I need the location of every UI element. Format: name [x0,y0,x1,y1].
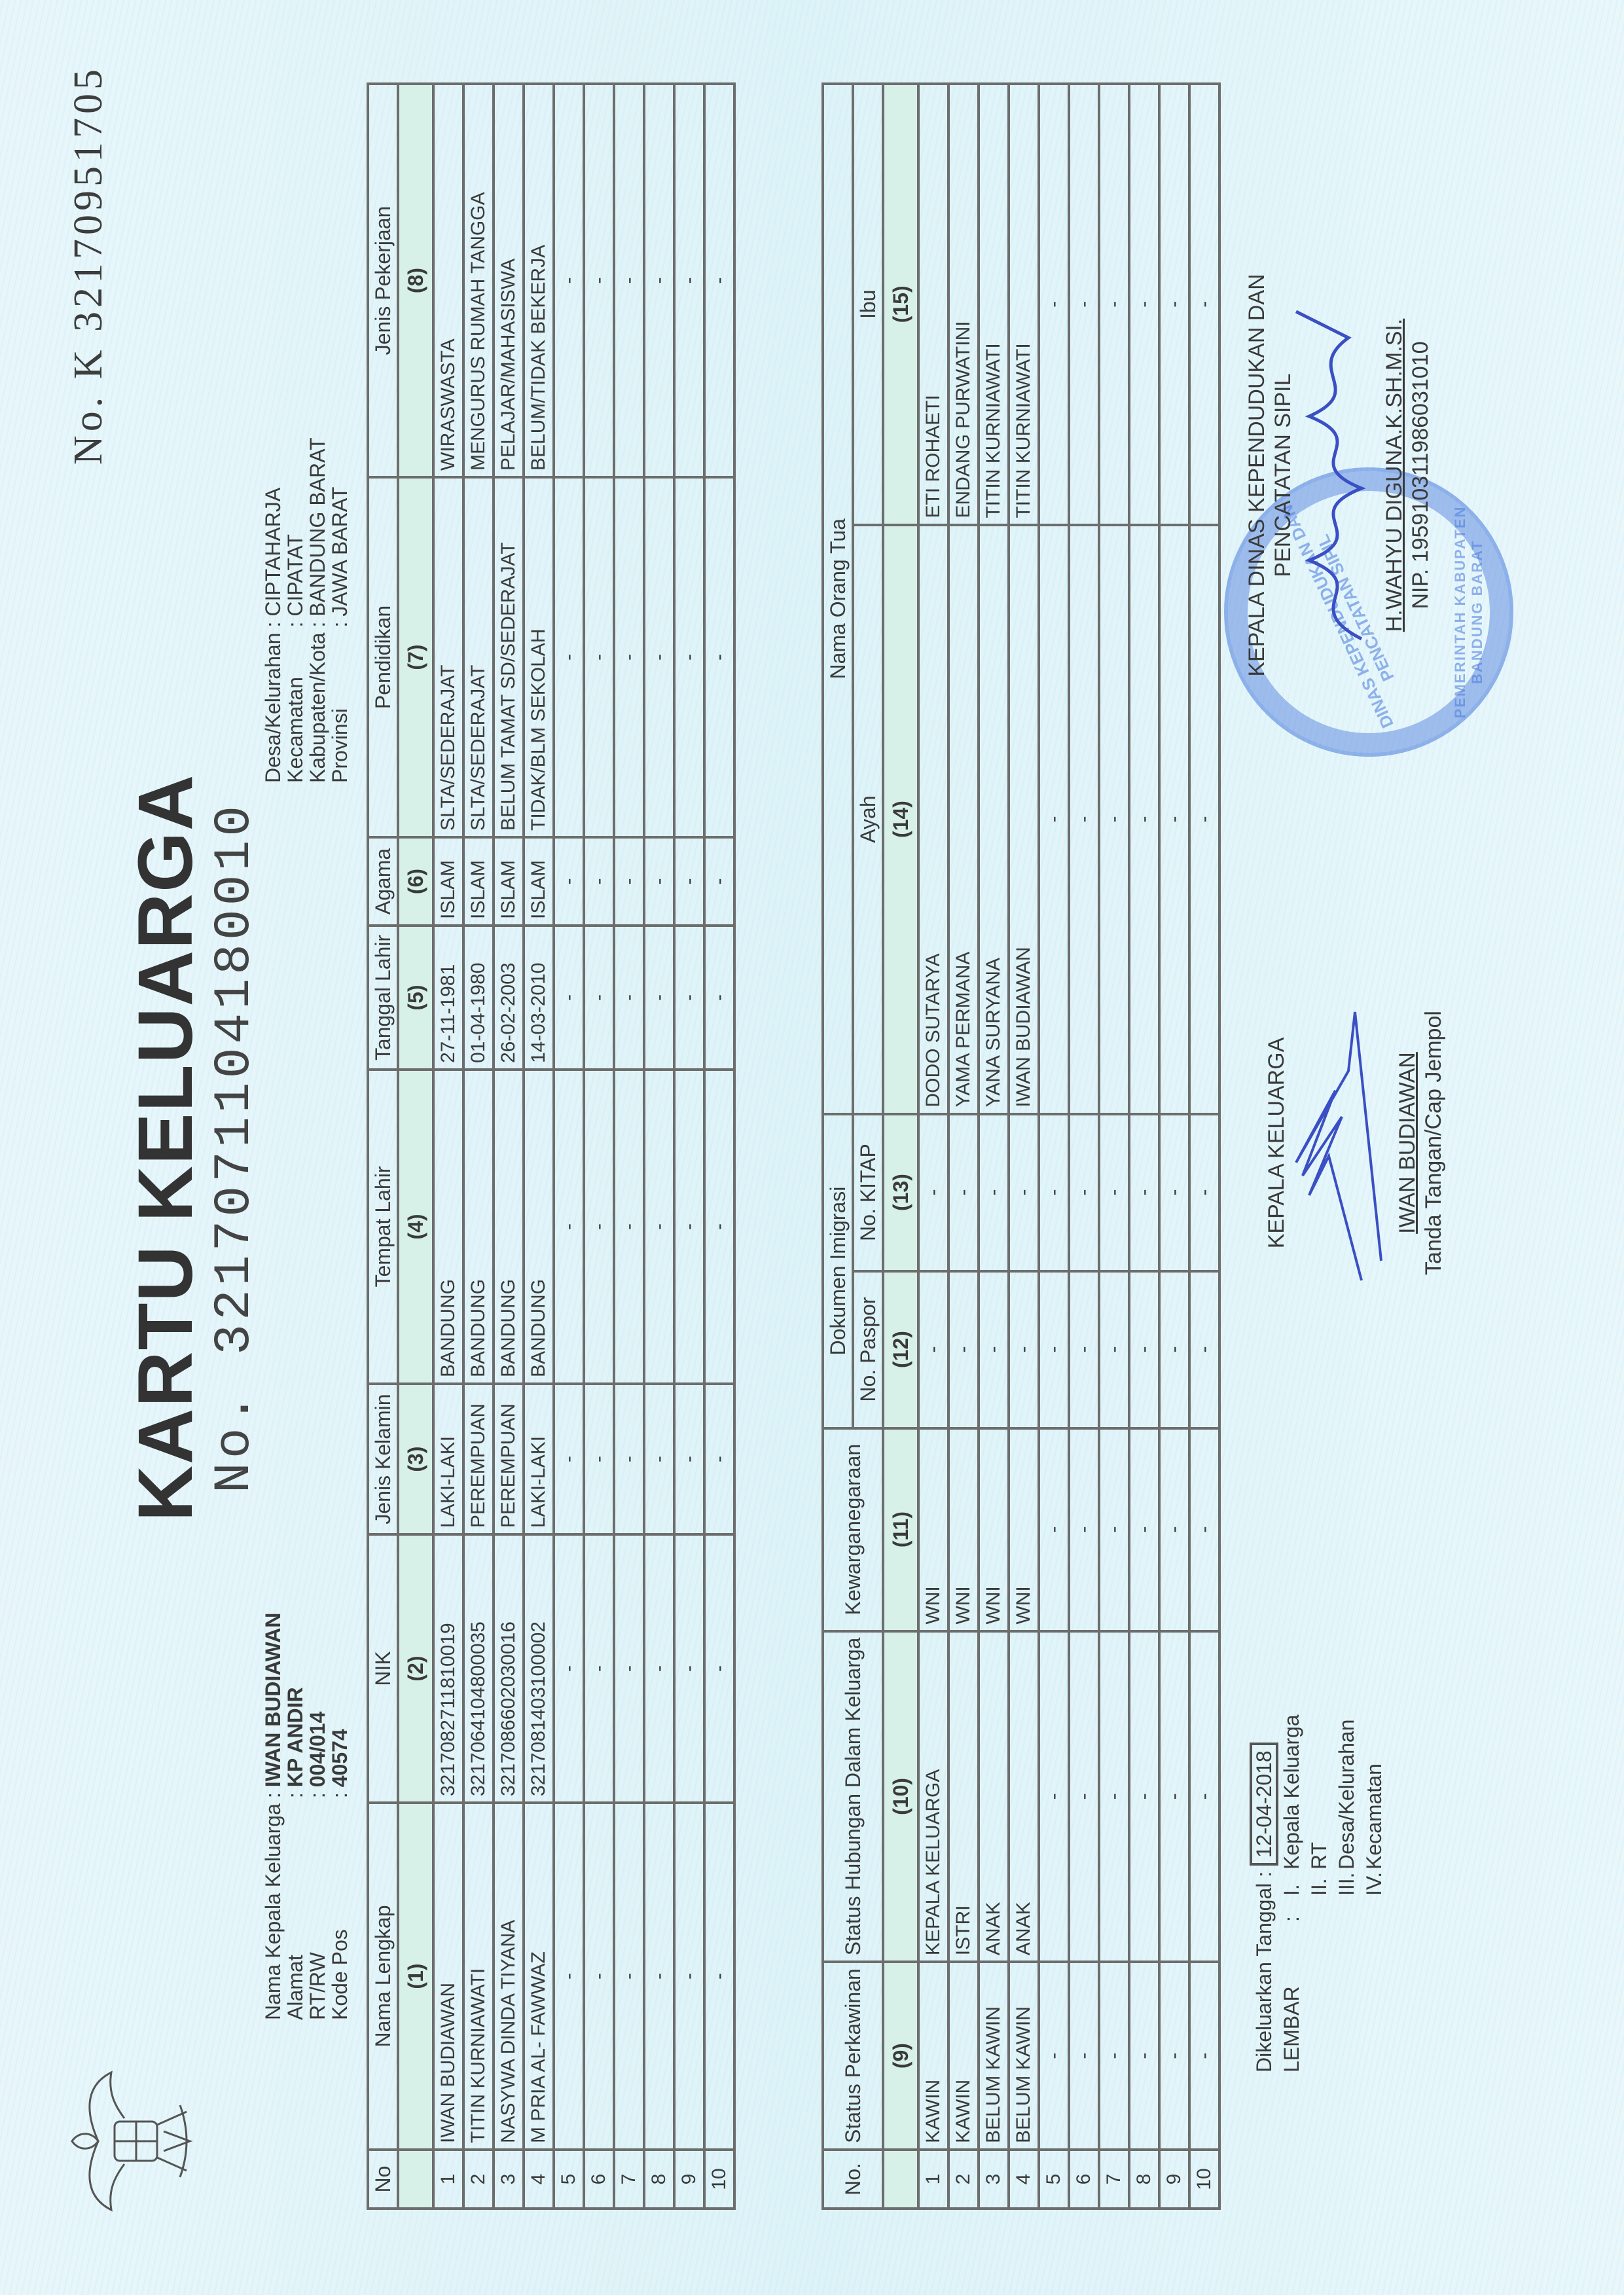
table-cell: - [554,1384,584,1534]
table-cell: - [1099,84,1129,525]
table-cell: - [614,1070,644,1384]
table-cell: ISLAM [463,837,494,926]
table-cell: - [1129,1114,1159,1271]
table-cell: - [1039,1114,1069,1271]
row-number: 6 [584,2150,614,2209]
column-header: (1) [398,1803,433,2150]
member-row: 6-------- [584,84,614,2209]
table-cell: - [1039,525,1069,1114]
row-number: 3 [494,2150,524,2209]
column-header: (9) [883,1962,918,2150]
table-cell: - [1129,1271,1159,1428]
table-cell: - [704,1070,734,1384]
table-cell: NASYWA DINDA TIYANA [494,1803,524,2150]
column-header: Agama [368,837,398,926]
table-cell: - [1009,1271,1039,1428]
table-cell: - [584,84,614,477]
column-header: Nama Orang Tua [823,84,853,1114]
table-cell: ISLAM [524,837,554,926]
table-cell: Kecamatan [284,627,306,783]
info-row-village: Desa/Kelurahan:CIPTAHARJA [262,432,284,783]
info-row-rt-rw: RT/RW:004/014 [306,1608,329,2020]
row-number: 7 [1099,2150,1129,2209]
title-block: KARTU KELUARGA No. 3217071104180010 [121,0,264,2295]
status-row: 3BELUM KAWINANAKWNI--YANA SURYANATITIN K… [979,84,1009,2209]
table-cell: - [614,1534,644,1803]
table-cell: - [1159,1114,1189,1271]
column-header: (15) [883,84,918,525]
table-cell: : [262,1787,284,1798]
table-cell: - [1099,1631,1129,1962]
column-header: Dokumen Imigrasi [823,1114,853,1428]
table-cell: - [1159,1631,1189,1962]
table-cell: IWAN BUDIAWAN [1009,525,1039,1114]
column-header: (4) [398,1070,433,1384]
column-header: (5) [398,926,433,1070]
status-row: 9------- [1159,84,1189,2209]
info-row-regency: Kabupaten/Kota:BANDUNG BARAT [306,432,329,783]
table-cell: - [674,1070,704,1384]
table-cell: - [1039,1962,1069,2150]
status-row: 10------- [1189,84,1219,2209]
table-cell: : [284,617,306,628]
table-cell: ISTRI [948,1631,979,1962]
table-cell: 3217082711810019 [433,1534,463,1803]
row-number: 1 [918,2150,948,2209]
table-cell: 3217086602030016 [494,1534,524,1803]
issue-date-line: Dikeluarkan Tanggal : 12-04-2018 [1250,1634,1278,2072]
table-cell: - [704,837,734,926]
table-cell: Kabupaten/Kota [306,627,329,783]
table-cell: - [614,477,644,837]
table-cell: IWAN BUDIAWAN [433,1803,463,2150]
table-cell: Nama Kepala Keluarga [262,1798,284,2020]
table-cell: - [1099,1428,1129,1631]
table-cell: CIPATAT [284,432,306,616]
table-cell: - [979,1114,1009,1271]
table-cell: - [554,477,584,837]
column-header: Status Hubungan Dalam Keluarga [823,1631,883,1962]
table-cell: - [704,1534,734,1803]
table-cell: - [674,477,704,837]
status-row: 7------- [1099,84,1129,2209]
table-cell: - [1159,1962,1189,2150]
table-cell: - [948,1271,979,1428]
table-cell: SLTA/SEDERAJAT [463,477,494,837]
table-cell: BELUM TAMAT SD/SEDERAJAT [494,477,524,837]
table-cell: - [674,1534,704,1803]
status-column-numbers: (9)(10) (11)(12)(13) (14)(15) [883,84,918,2209]
table-cell: KAWIN [918,1962,948,2150]
status-row: 2KAWINISTRIWNI--YAMA PERMANAENDANG PURWA… [948,84,979,2209]
column-header: No. Paspor [853,1271,883,1428]
table-cell: 3217081403100002 [524,1534,554,1803]
table-cell: - [674,926,704,1070]
table-cell: BANDUNG [494,1070,524,1384]
row-number: 8 [644,2150,674,2209]
table-cell: TIDAK/BLM SEKOLAH [524,477,554,837]
column-header: Kewarganegaraan [823,1428,883,1631]
row-number: 9 [1159,2150,1189,2209]
table-cell: 26-02-2003 [494,926,524,1070]
column-header: (12) [883,1271,918,1428]
status-header-row: No. Status Perkawinan Status Hubungan Da… [823,84,853,2209]
row-number: 10 [704,2150,734,2209]
table-cell: - [644,477,674,837]
table-cell: - [584,1803,614,2150]
table-cell: - [1099,1114,1129,1271]
column-header: (6) [398,837,433,926]
region-info: Desa/Kelurahan:CIPTAHARJA Kecamatan:CIPA… [262,432,351,783]
status-table: No. Status Perkawinan Status Hubungan Da… [821,82,1221,2210]
table-cell: ANAK [1009,1631,1039,1962]
column-header: Pendidikan [368,477,398,837]
table-cell: - [1129,84,1159,525]
status-row: 8------- [1129,84,1159,2209]
table-cell: - [1129,525,1159,1114]
table-cell: BANDUNG BARAT [306,432,329,616]
column-header [883,2150,918,2209]
table-cell: - [644,837,674,926]
table-cell: - [644,84,674,477]
table-cell: - [1189,525,1219,1114]
table-cell: - [1159,1428,1189,1631]
table-cell: BELUM KAWIN [979,1962,1009,2150]
info-row-province: Provinsi:JAWA BARAT [329,432,351,783]
table-cell: - [1099,1962,1129,2150]
table-cell: JAWA BARAT [329,432,351,616]
table-cell: - [674,1803,704,2150]
status-row: 6------- [1069,84,1099,2209]
column-header: No [368,2150,398,2209]
members-table-body: 1IWAN BUDIAWAN3217082711810019LAKI-LAKIB… [433,84,734,2209]
column-header: Tanggal Lahir [368,926,398,1070]
family-card-document: No. K 32170951705 KARTU KELUARGA No. 321… [0,0,1624,2295]
table-cell: - [704,1803,734,2150]
head-of-family-signature: KEPALA KELUARGA IWAN BUDIAWAN Tanda Tang… [1263,960,1447,1326]
table-cell: - [1069,1271,1099,1428]
column-header: (13) [883,1114,918,1271]
column-header: Status Perkawinan [823,1962,883,2150]
table-cell: : [262,617,284,628]
table-cell: Desa/Kelurahan [262,627,284,783]
status-row: 5------- [1039,84,1069,2209]
info-row-address: Alamat:KP ANDIR [284,1608,306,2020]
copy-distribution: LEMBAR: I.Kepala Keluarga II.RT III.Desa… [1278,1634,1388,2072]
table-cell: MENGURUS RUMAH TANGGA [463,84,494,477]
table-cell: - [1129,1428,1159,1631]
issue-date: 12-04-2018 [1250,1743,1278,1866]
table-cell: 004/014 [306,1608,329,1788]
table-cell: : [306,1787,329,1798]
official-signature: KEPALA DINAS KEPENDUDUKAN DAN PENCATATAN… [1244,226,1434,724]
table-cell: YANA SURYANA [979,525,1009,1114]
table-cell: - [1039,1428,1069,1631]
table-cell: PELAJAR/MAHASISWA [494,84,524,477]
column-header: (10) [883,1631,918,1962]
table-cell: WNI [918,1428,948,1631]
table-cell: - [1069,1631,1099,1962]
table-cell: BANDUNG [524,1070,554,1384]
member-row: 3NASYWA DINDA TIYANA3217086602030016PERE… [494,84,524,2209]
table-cell: - [614,1803,644,2150]
table-cell: - [918,1114,948,1271]
table-cell: - [674,84,704,477]
column-header: NIK [368,1534,398,1803]
table-cell: - [1159,84,1189,525]
table-cell: - [554,1534,584,1803]
info-row-postal-code: Kode Pos:40574 [329,1608,351,2020]
row-number: 5 [1039,2150,1069,2209]
table-cell: Kode Pos [329,1798,351,2020]
table-cell: - [1069,525,1099,1114]
table-cell: - [644,1070,674,1384]
table-cell: - [644,1384,674,1534]
column-header: Tempat Lahir [368,1070,398,1384]
table-cell: - [704,477,734,837]
table-cell: - [1129,1962,1159,2150]
table-cell: LAKI-LAKI [433,1384,463,1534]
row-number: 6 [1069,2150,1099,2209]
table-cell: - [584,837,614,926]
row-number: 5 [554,2150,584,2209]
member-row: 7-------- [614,84,644,2209]
table-cell: BELUM/TIDAK BEKERJA [524,84,554,477]
table-cell: - [614,1384,644,1534]
table-cell: 14-03-2010 [524,926,554,1070]
column-header: Ibu [853,84,883,525]
table-cell: Alamat [284,1798,306,2020]
table-cell: - [614,926,644,1070]
info-row-district: Kecamatan:CIPATAT [284,432,306,783]
table-cell: TITIN KURNIAWATI [1009,84,1039,525]
table-cell: 27-11-1981 [433,926,463,1070]
table-cell: - [704,1384,734,1534]
status-table-body: 1KAWINKEPALA KELUARGAWNI--DODO SUTARYAET… [918,84,1219,2209]
table-cell: WIRASWASTA [433,84,463,477]
member-row: 9-------- [674,84,704,2209]
table-cell: - [704,926,734,1070]
table-cell: - [948,1114,979,1271]
table-cell: - [1069,84,1099,525]
table-cell: TITIN KURNIAWATI [463,1803,494,2150]
column-header: Ayah [853,525,883,1114]
table-cell: - [584,1384,614,1534]
table-cell: : [329,1787,351,1798]
row-number: 4 [524,2150,554,2209]
table-cell: - [1129,1631,1159,1962]
table-cell: - [554,1803,584,2150]
table-cell: - [1039,1631,1069,1962]
kk-number: No. 3217071104180010 [206,0,264,2295]
table-cell: - [1189,1271,1219,1428]
table-cell: M PRIA AL- FAWWAZ [524,1803,554,2150]
table-cell: CIPTAHARJA [262,432,284,616]
table-cell: - [979,1271,1009,1428]
table-cell: : [284,1787,306,1798]
table-cell: - [704,84,734,477]
official-signature-scribble-icon [1283,305,1388,645]
table-cell: WNI [948,1428,979,1631]
column-header: Jenis Pekerjaan [368,84,398,477]
document-title: KARTU KELUARGA [121,0,210,2295]
column-header: No. [823,2150,883,2209]
table-cell: ENDANG PURWATINI [948,84,979,525]
table-cell: SLTA/SEDERAJAT [433,477,463,837]
table-cell: 40574 [329,1608,351,1788]
row-number: 2 [463,2150,494,2209]
table-cell: - [1159,525,1189,1114]
row-number: 4 [1009,2150,1039,2209]
table-cell: Provinsi [329,627,351,783]
table-cell: PEREMPUAN [463,1384,494,1534]
table-cell: WNI [979,1428,1009,1631]
household-info: Nama Kepala Keluarga:IWAN BUDIAWAN Alama… [262,1608,351,2020]
table-cell: - [554,1070,584,1384]
members-header-row: No Nama Lengkap NIK Jenis Kelamin Tempat… [368,84,398,2209]
table-cell: - [644,1803,674,2150]
row-number: 10 [1189,2150,1219,2209]
column-header: (14) [883,525,918,1114]
table-cell: - [1189,1962,1219,2150]
table-cell: - [1009,1114,1039,1271]
table-cell: - [644,1534,674,1803]
table-cell: IWAN BUDIAWAN [262,1608,284,1788]
table-cell: : [306,617,329,628]
members-column-numbers: (1)(2) (3)(4)(5) (6)(7)(8) [398,84,433,2209]
table-cell: YAMA PERMANA [948,525,979,1114]
table-cell: - [614,837,644,926]
column-header: Jenis Kelamin [368,1384,398,1534]
member-row: 8-------- [644,84,674,2209]
column-header: (3) [398,1384,433,1534]
table-cell: KEPALA KELUARGA [918,1631,948,1962]
table-cell: - [554,84,584,477]
column-header: Nama Lengkap [368,1803,398,2150]
table-cell: BELUM KAWIN [1009,1962,1039,2150]
table-cell: 01-04-1980 [463,926,494,1070]
table-cell: KAWIN [948,1962,979,2150]
row-number: 8 [1129,2150,1159,2209]
table-cell: LAKI-LAKI [524,1384,554,1534]
info-row-head-name: Nama Kepala Keluarga:IWAN BUDIAWAN [262,1608,284,2020]
table-cell: ISLAM [494,837,524,926]
table-cell: - [1039,84,1069,525]
table-cell: - [614,84,644,477]
table-cell: ANAK [979,1631,1009,1962]
table-cell: RT/RW [306,1798,329,2020]
table-cell: - [554,837,584,926]
members-table: No Nama Lengkap NIK Jenis Kelamin Tempat… [367,82,736,2210]
table-cell: - [1189,1114,1219,1271]
row-number: 2 [948,2150,979,2209]
row-number: 1 [433,2150,463,2209]
table-cell: - [1039,1271,1069,1428]
column-header: (2) [398,1534,433,1803]
column-header: (7) [398,477,433,837]
table-cell: BANDUNG [433,1070,463,1384]
member-row: 2TITIN KURNIAWATI3217064104800035PEREMPU… [463,84,494,2209]
signature-scribble-icon [1283,999,1401,1287]
table-cell: ETI ROHAETI [918,84,948,525]
table-cell: - [1099,1271,1129,1428]
column-header [398,2150,433,2209]
table-cell: - [674,837,704,926]
table-cell: - [1189,1631,1219,1962]
member-row: 1IWAN BUDIAWAN3217082711810019LAKI-LAKIB… [433,84,463,2209]
table-cell: - [1099,525,1129,1114]
row-number: 9 [674,2150,704,2209]
table-cell: - [584,1534,614,1803]
column-header: (11) [883,1428,918,1631]
column-header: (8) [398,84,433,477]
table-cell: PEREMPUAN [494,1384,524,1534]
table-cell: - [1069,1428,1099,1631]
serial-number: No. K 32170951705 [65,65,112,465]
row-number: 7 [614,2150,644,2209]
table-cell: - [1189,1428,1219,1631]
issue-footer: Dikeluarkan Tanggal : 12-04-2018 LEMBAR:… [1250,1634,1388,2072]
table-cell: - [584,1070,614,1384]
table-cell: - [554,926,584,1070]
member-row: 5-------- [554,84,584,2209]
table-cell: - [674,1384,704,1534]
table-cell: : [329,617,351,628]
table-cell: - [584,477,614,837]
table-cell: - [1069,1114,1099,1271]
table-cell: 3217064104800035 [463,1534,494,1803]
table-cell: - [584,926,614,1070]
column-header: No. KITAP [853,1114,883,1271]
table-cell: - [918,1271,948,1428]
table-cell: - [1069,1962,1099,2150]
table-cell: ISLAM [433,837,463,926]
table-cell: - [1189,84,1219,525]
member-row: 4M PRIA AL- FAWWAZ3217081403100002LAKI-L… [524,84,554,2209]
table-cell: KP ANDIR [284,1608,306,1788]
member-row: 10-------- [704,84,734,2209]
row-number: 3 [979,2150,1009,2209]
table-cell: BANDUNG [463,1070,494,1384]
table-cell: DODO SUTARYA [918,525,948,1114]
table-cell: WNI [1009,1428,1039,1631]
table-cell: - [1159,1271,1189,1428]
table-cell: - [644,926,674,1070]
table-cell: TITIN KURNIAWATI [979,84,1009,525]
status-row: 4BELUM KAWINANAKWNI--IWAN BUDIAWANTITIN … [1009,84,1039,2209]
status-row: 1KAWINKEPALA KELUARGAWNI--DODO SUTARYAET… [918,84,948,2209]
